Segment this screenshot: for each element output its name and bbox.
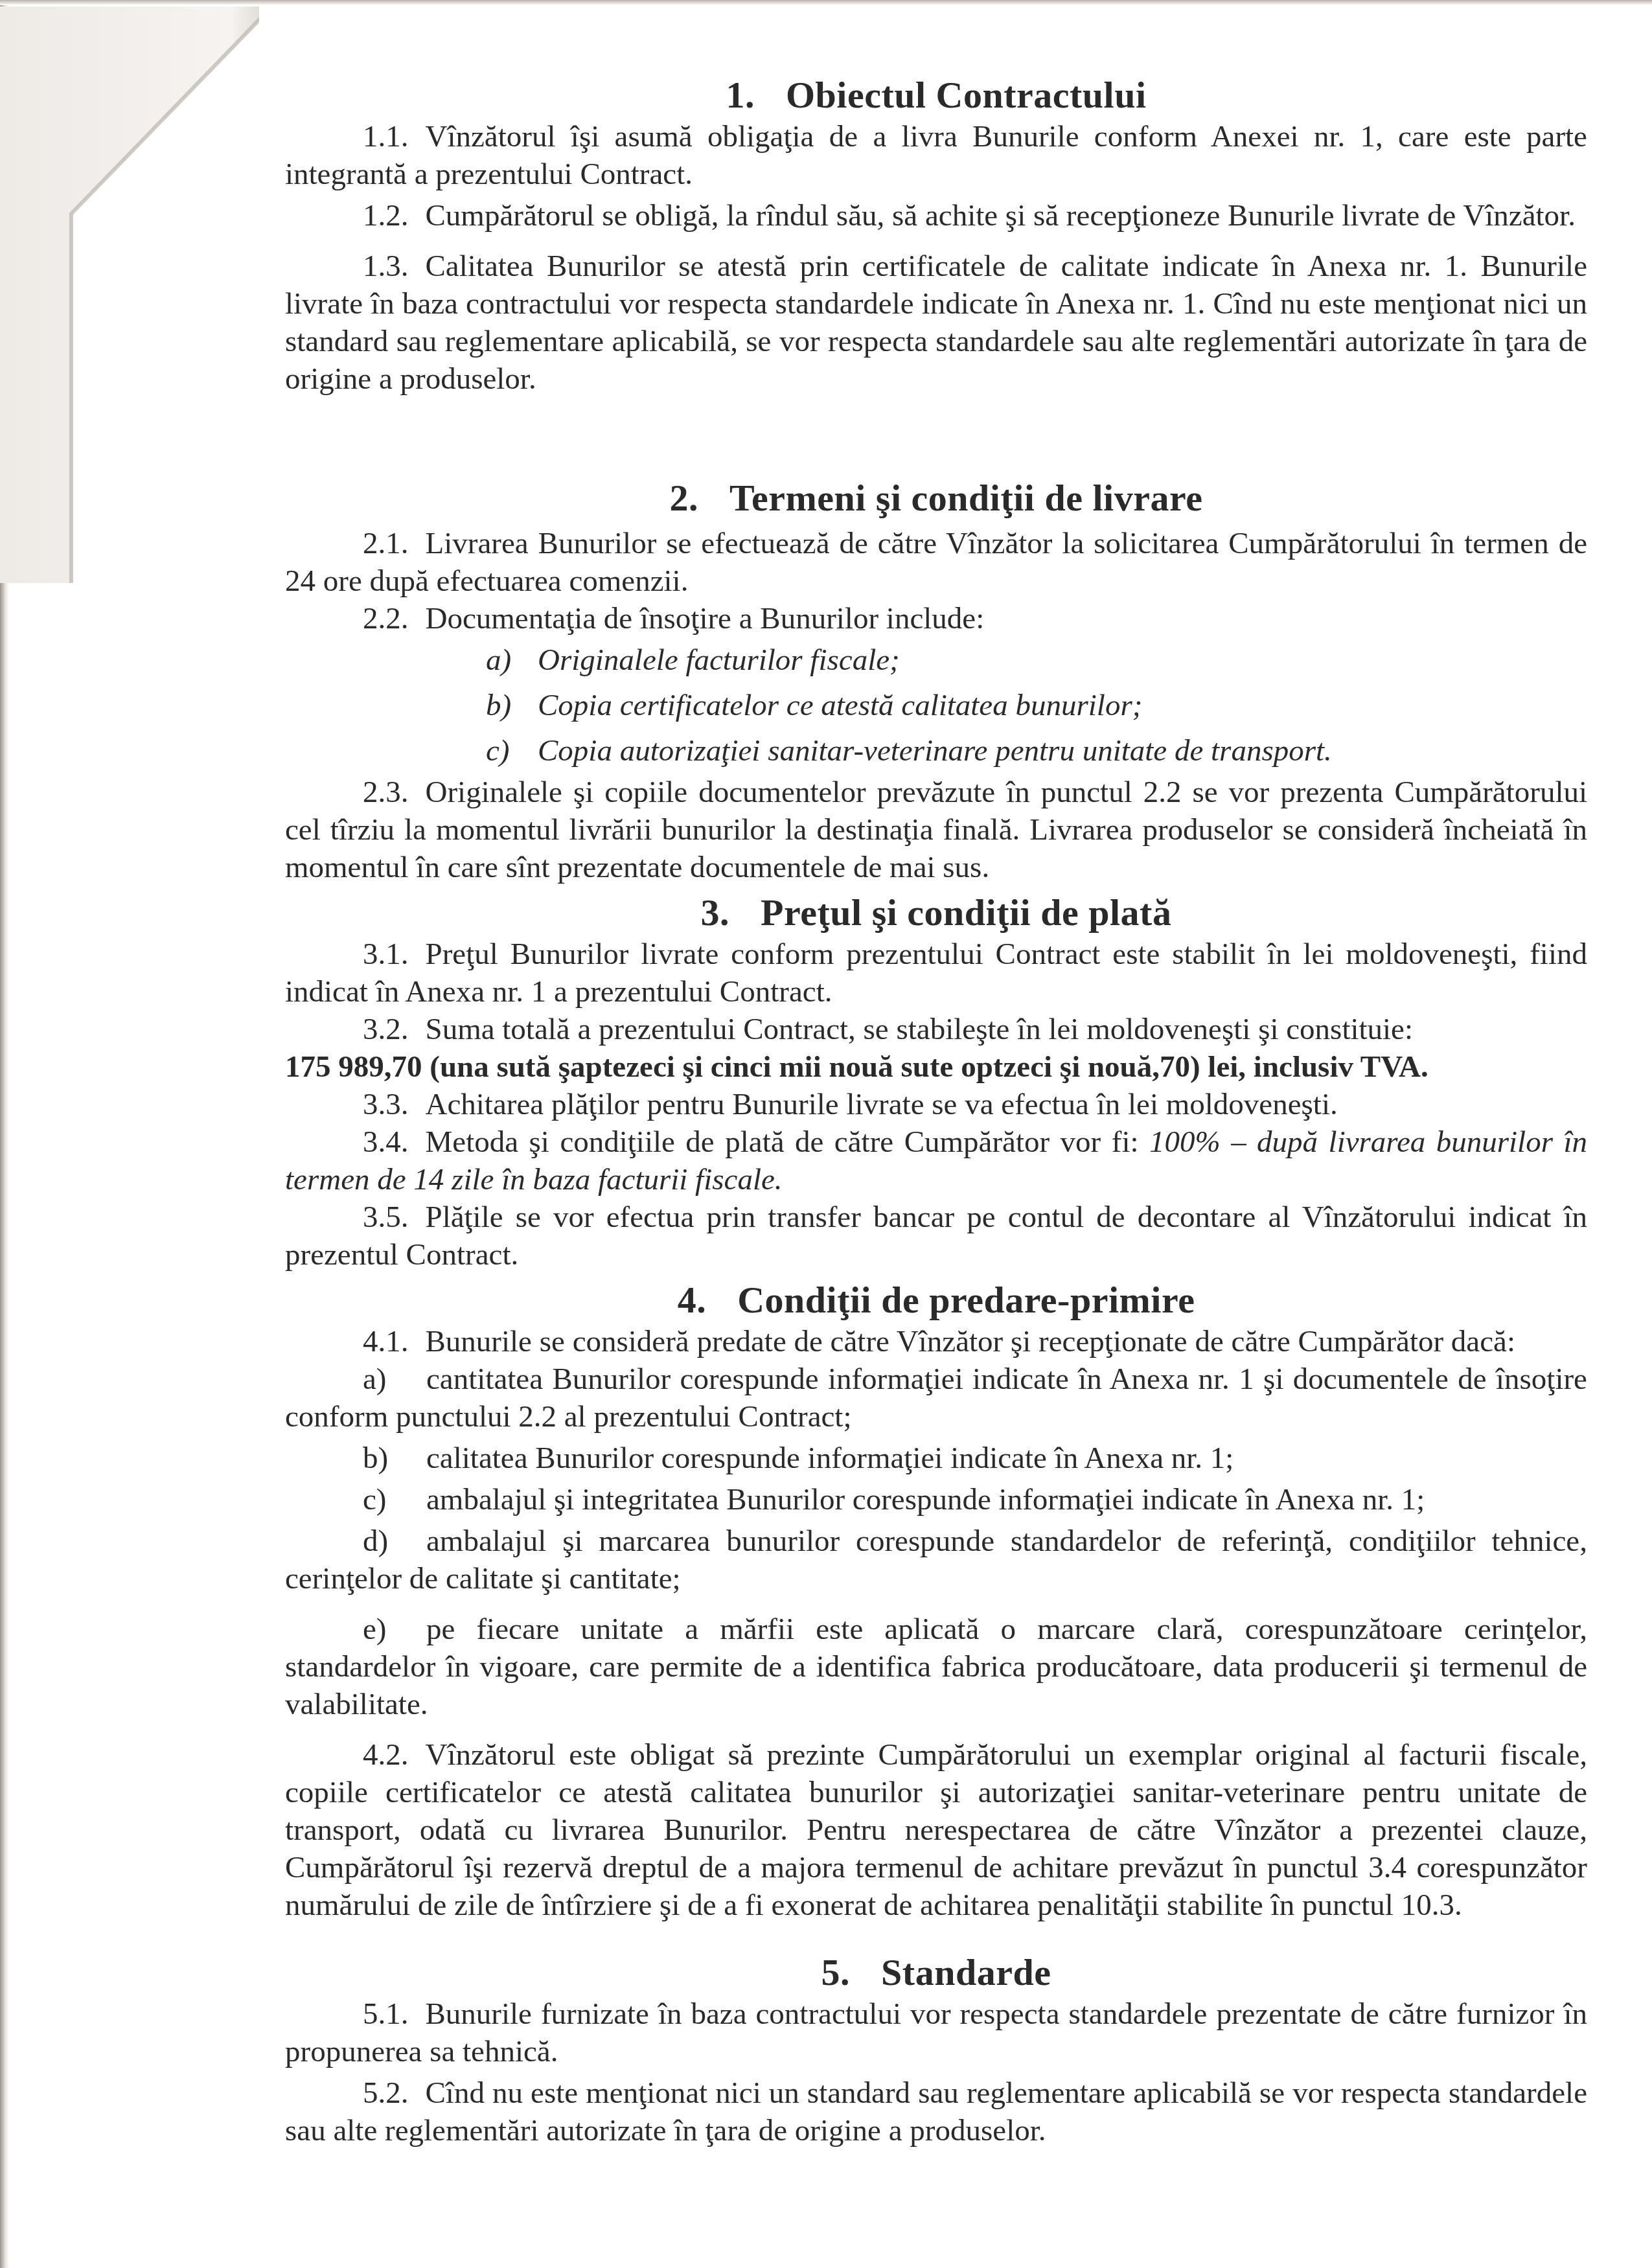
list-label: b) <box>486 683 538 728</box>
clause-number: 2.2. <box>363 602 409 636</box>
list-text: ambalajul şi marcarea bunurilor corespun… <box>285 1524 1587 1596</box>
list-text: pe fiecare unitate a mărfii este aplicat… <box>285 1612 1587 1721</box>
contract-page: 1.Obiectul Contractului 1.1.Vînzătorul î… <box>285 73 1587 2149</box>
clause-2-2: 2.2.Documentaţia de însoţire a Bunurilor… <box>285 600 1587 637</box>
section-number: 2. <box>670 477 699 519</box>
list-item-2-2-c: c)Copia autorizaţiei sanitar-veterinare … <box>285 728 1587 773</box>
list-label: c) <box>363 1481 426 1518</box>
list-text: ambalajul şi integritatea Bunurilor core… <box>426 1483 1425 1517</box>
folded-corner-shadow <box>0 0 259 583</box>
clause-1-1: 1.1.Vînzătorul îşi asumă obligaţia de a … <box>285 118 1587 193</box>
section-number: 4. <box>678 1279 707 1321</box>
clause-text: Achitarea plăţilor pentru Bunurile livra… <box>426 1088 1338 1121</box>
clause-number: 2.1. <box>363 527 409 560</box>
clause-number: 1.1. <box>363 120 409 154</box>
section-title: Standarde <box>881 1951 1051 1993</box>
clause-number: 1.3. <box>363 249 409 283</box>
clause-number: 4.2. <box>363 1738 409 1772</box>
section-1-heading: 1.Obiectul Contractului <box>285 73 1587 118</box>
list-text: calitatea Bunurilor corespunde informaţi… <box>426 1441 1233 1475</box>
list-item-4-1-e: e)pe fiecare unitate a mărfii este aplic… <box>285 1610 1587 1723</box>
clause-number: 3.5. <box>363 1200 409 1234</box>
scan-top-edge <box>0 0 1652 5</box>
section-title: Termeni şi condiţii de livrare <box>729 477 1202 519</box>
list-item-4-1-a: a)cantitatea Bunurilor corespunde inform… <box>285 1360 1587 1436</box>
list-item-4-1-c: c)ambalajul şi integritatea Bunurilor co… <box>285 1481 1587 1518</box>
clause-number: 3.3. <box>363 1088 409 1121</box>
clause-number: 3.4. <box>363 1125 409 1159</box>
clause-text: Originalele şi copiile documentelor prev… <box>285 775 1587 884</box>
list-text: cantitatea Bunurilor corespunde informaţ… <box>285 1362 1587 1434</box>
list-text: Originalele facturilor fiscale; <box>538 643 900 677</box>
section-number: 3. <box>701 891 730 934</box>
clause-number: 2.3. <box>363 775 409 809</box>
clause-3-1: 3.1.Preţul Bunurilor livrate conform pre… <box>285 935 1587 1011</box>
clause-text: Preţul Bunurilor livrate conform prezent… <box>285 937 1587 1009</box>
clause-2-3: 2.3.Originalele şi copiile documentelor … <box>285 773 1587 886</box>
list-item-2-2-b: b)Copia certificatelor ce atestă calitat… <box>285 683 1587 728</box>
clause-text: Bunurile se consideră predate de către V… <box>426 1325 1516 1358</box>
clause-text: Vînzătorul îşi asumă obligaţia de a livr… <box>285 120 1587 191</box>
clause-3-3: 3.3.Achitarea plăţilor pentru Bunurile l… <box>285 1086 1587 1123</box>
clause-2-1: 2.1.Livrarea Bunurilor se efectuează de … <box>285 525 1587 600</box>
clause-5-2: 5.2.Cînd nu este menţionat nici un stand… <box>285 2074 1587 2149</box>
clause-number: 5.2. <box>363 2076 409 2110</box>
section-title: Preţul şi condiţii de plată <box>761 891 1171 934</box>
section-title: Obiectul Contractului <box>786 74 1147 116</box>
clause-text: Cumpărătorul se obligă, la rîndul său, s… <box>426 199 1576 233</box>
clause-4-1: 4.1.Bunurile se consideră predate de căt… <box>285 1323 1587 1360</box>
clause-1-2: 1.2.Cumpărătorul se obligă, la rîndul să… <box>285 197 1587 235</box>
section-2-heading: 2.Termeni şi condiţii de livrare <box>285 475 1587 521</box>
clause-text: Plăţile se vor efectua prin transfer ban… <box>285 1200 1587 1272</box>
section-number: 1. <box>726 74 755 116</box>
list-label: a) <box>486 637 538 683</box>
clause-text: Calitatea Bunurilor se atestă prin certi… <box>285 249 1587 396</box>
list-text: Copia certificatelor ce atestă calitatea… <box>538 689 1142 722</box>
clause-text: Bunurile furnizate în baza contractului … <box>285 1997 1587 2068</box>
contract-total-amount: 175 989,70 (una sută şaptezeci şi cinci … <box>285 1048 1587 1086</box>
list-item-4-1-b: b)calitatea Bunurilor corespunde informa… <box>285 1439 1587 1477</box>
clause-number: 3.2. <box>363 1013 409 1046</box>
clause-3-2: 3.2.Suma totală a prezentului Contract, … <box>285 1011 1587 1048</box>
list-item-4-1-d: d)ambalajul şi marcarea bunurilor coresp… <box>285 1522 1587 1598</box>
list-label: a) <box>363 1360 426 1398</box>
clause-number: 5.1. <box>363 1997 409 2031</box>
clause-text: Metoda şi condiţiile de plată de către C… <box>426 1125 1150 1159</box>
clause-3-5: 3.5.Plăţile se vor efectua prin transfer… <box>285 1198 1587 1274</box>
clause-number: 4.1. <box>363 1325 409 1358</box>
section-title: Condiţii de predare-primire <box>737 1279 1195 1321</box>
clause-4-2: 4.2.Vînzătorul este obligat să prezinte … <box>285 1736 1587 1924</box>
clause-3-4: 3.4.Metoda şi condiţiile de plată de căt… <box>285 1123 1587 1198</box>
section-4-heading: 4.Condiţii de predare-primire <box>285 1277 1587 1323</box>
clause-number: 1.2. <box>363 199 409 233</box>
section-5-heading: 5.Standarde <box>285 1950 1587 1995</box>
scan-fold-shadow <box>0 0 259 2268</box>
section-3-heading: 3.Preţul şi condiţii de plată <box>285 890 1587 935</box>
list-text: Copia autorizaţiei sanitar-veterinare pe… <box>538 734 1332 768</box>
clause-text: Documentaţia de însoţire a Bunurilor inc… <box>426 602 985 636</box>
list-item-2-2-a: a)Originalele facturilor fiscale; <box>285 637 1587 683</box>
clause-text: Suma totală a prezentului Contract, se s… <box>426 1013 1414 1046</box>
clause-text: Livrarea Bunurilor se efectuează de cătr… <box>285 527 1587 598</box>
list-label: b) <box>363 1439 426 1477</box>
list-label: c) <box>486 728 538 773</box>
section-number: 5. <box>821 1951 851 1993</box>
list-label: e) <box>363 1610 426 1648</box>
scan-left-edge <box>0 0 9 2268</box>
clause-number: 3.1. <box>363 937 409 971</box>
clause-text: Vînzătorul este obligat să prezinte Cump… <box>285 1738 1587 1922</box>
clause-text: Cînd nu este menţionat nici un standard … <box>285 2076 1587 2148</box>
clause-5-1: 5.1.Bunurile furnizate în baza contractu… <box>285 1995 1587 2070</box>
list-label: d) <box>363 1522 426 1560</box>
clause-1-3: 1.3.Calitatea Bunurilor se atestă prin c… <box>285 247 1587 398</box>
